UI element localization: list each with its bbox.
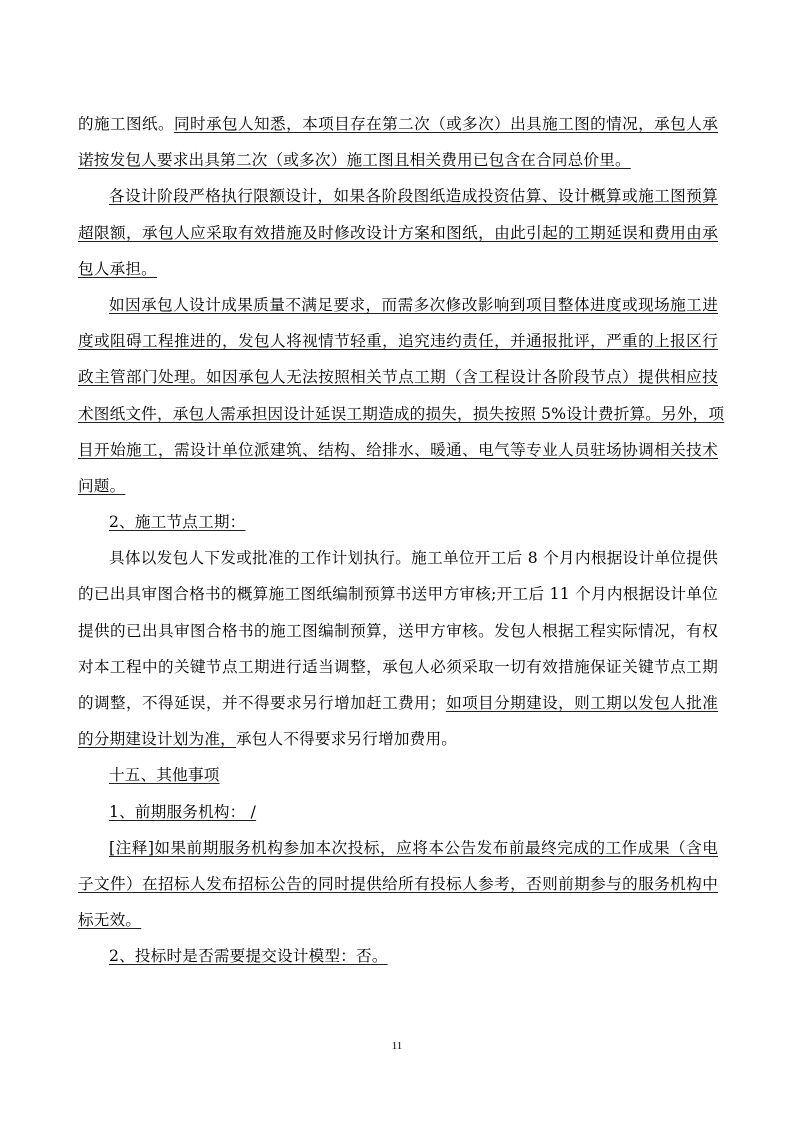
underlined-text: 标无效。	[78, 911, 141, 929]
underlined-text: 各设计阶段严格执行限额设计，如果各阶段图纸造成投资估算、设计概算或施工图预算	[109, 187, 718, 205]
text-line: 十五、其他事项	[78, 757, 718, 793]
text-line: 目开始施工，需设计单位派建筑、结构、给排水、暖通、电气等专业人员驻场协调相关技术	[78, 432, 718, 468]
underlined-text: 子文件）在招标人发布招标公告的同时提供给所有投标人参考，否则前期参与的服务机构中	[78, 875, 718, 893]
underlined-text: 1、前期服务机构： /	[109, 803, 256, 821]
text-line: 的调整，不得延误，并不得要求另行增加赶工费用；如项目分期建设，则工期以发包人批准	[78, 685, 718, 721]
underlined-text: 2、投标时是否需要提交设计模型：否。	[109, 947, 388, 965]
text-line: 标无效。	[78, 902, 718, 938]
text-line: 1、前期服务机构： /	[78, 794, 718, 830]
underlined-text: 度或阻碍工程推进的，发包人将视情节轻重，追究违约责任，并通报批评，严重的上报区行	[78, 332, 718, 350]
underlined-text: [注释]如果前期服务机构参加本次投标，应将本公告发布前最终完成的工作成果（含电	[109, 839, 718, 857]
underlined-text: 如因承包人设计成果质量不满足要求，而需多次修改影响到项目整体进度或现场施工进	[109, 296, 718, 314]
text-line: 子文件）在招标人发布招标公告的同时提供给所有投标人参考，否则前期参与的服务机构中	[78, 866, 718, 902]
text-line: 2、投标时是否需要提交设计模型：否。	[78, 938, 718, 974]
text-line: 如因承包人设计成果质量不满足要求，而需多次修改影响到项目整体进度或现场施工进	[78, 287, 718, 323]
text-line: 度或阻碍工程推进的，发包人将视情节轻重，追究违约责任，并通报批评，严重的上报区行	[78, 323, 718, 359]
text-segment: 提供的已出具审图合格书的施工图编制预算，送甲方审核。发包人根据工程实际情况，有权	[78, 622, 718, 640]
text-line: 对本工程中的关键节点工期进行适当调整，承包人必须采取一切有效措施保证关键节点工期	[78, 649, 718, 685]
underlined-text: 问题。	[78, 477, 125, 495]
text-line: [注释]如果前期服务机构参加本次投标，应将本公告发布前最终完成的工作成果（含电	[78, 830, 718, 866]
text-line: 各设计阶段严格执行限额设计，如果各阶段图纸造成投资估算、设计概算或施工图预算	[78, 178, 718, 214]
text-line: 政主管部门处理。如因承包人无法按照相关节点工期（含工程设计各阶段节点）提供相应技	[78, 359, 718, 395]
text-segment: 承包人不得要求另行增加费用。	[236, 730, 457, 748]
underlined-text: 2、施工节点工期：	[109, 513, 245, 531]
text-segment: 对本工程中的关键节点工期进行适当调整，承包人必须采取一切有效措施保证关键节点工期	[78, 658, 718, 676]
text-line: 2、施工节点工期：	[78, 504, 718, 540]
text-line: 诺按发包人要求出具第二次（或多次）施工图且相关费用已包含在合同总价里。	[78, 142, 718, 178]
underlined-text: 超限额，承包人应采取有效措施及时修改设计方案和图纸，由此引起的工期延误和费用由承	[78, 224, 718, 242]
underlined-text: 的分期建设计划为准，	[78, 730, 236, 748]
text-segment: 的施工图纸。	[78, 115, 174, 133]
document-body: 的施工图纸。同时承包人知悉，本项目存在第二次（或多次）出具施工图的情况，承包人承…	[78, 106, 718, 975]
underlined-text: 同时承包人知悉，本项目存在第二次（或多次）出具施工图的情况，承包人承	[174, 115, 718, 133]
text-segment: 的调整，不得延误，并不得要求另行增加赶工费用；	[78, 694, 446, 712]
text-line: 术图纸文件，承包人需承担因设计延误工期造成的损失，损失按照 5%设计费折算。另外…	[78, 396, 718, 432]
text-line: 具体以发包人下发或批准的工作计划执行。施工单位开工后 8 个月内根据设计单位提供	[78, 540, 718, 576]
text-line: 的已出具审图合格书的概算施工图纸编制预算书送甲方审核;开工后 11 个月内根据设…	[78, 576, 718, 612]
text-segment: 的已出具审图合格书的概算施工图纸编制预算书送甲方审核;开工后 11 个月内根据设…	[78, 585, 718, 603]
page-number: 11	[0, 1040, 794, 1052]
text-line: 提供的已出具审图合格书的施工图编制预算，送甲方审核。发包人根据工程实际情况，有权	[78, 613, 718, 649]
text-line: 问题。	[78, 468, 718, 504]
underlined-text: 术图纸文件，承包人需承担因设计延误工期造成的损失，损失按照 5%设计费折算。另外…	[78, 405, 724, 423]
text-segment: 具体以发包人下发或批准的工作计划执行。施工单位开工后 8 个月内根据设计单位提供	[109, 549, 718, 567]
text-line: 的分期建设计划为准，承包人不得要求另行增加费用。	[78, 721, 718, 757]
text-line: 包人承担。	[78, 251, 718, 287]
text-line: 的施工图纸。同时承包人知悉，本项目存在第二次（或多次）出具施工图的情况，承包人承	[78, 106, 718, 142]
underlined-text: 如项目分期建设，则工期以发包人批准	[446, 694, 718, 712]
underlined-text: 包人承担。	[78, 260, 157, 278]
underlined-text: 目开始施工，需设计单位派建筑、结构、给排水、暖通、电气等专业人员驻场协调相关技术	[78, 441, 718, 459]
text-line: 超限额，承包人应采取有效措施及时修改设计方案和图纸，由此引起的工期延误和费用由承	[78, 215, 718, 251]
underlined-text: 十五、其他事项	[109, 766, 220, 784]
underlined-text: 政主管部门处理。如因承包人无法按照相关节点工期（含工程设计各阶段节点）提供相应技	[78, 368, 718, 386]
underlined-text: 诺按发包人要求出具第二次（或多次）施工图且相关费用已包含在合同总价里。	[78, 151, 631, 169]
